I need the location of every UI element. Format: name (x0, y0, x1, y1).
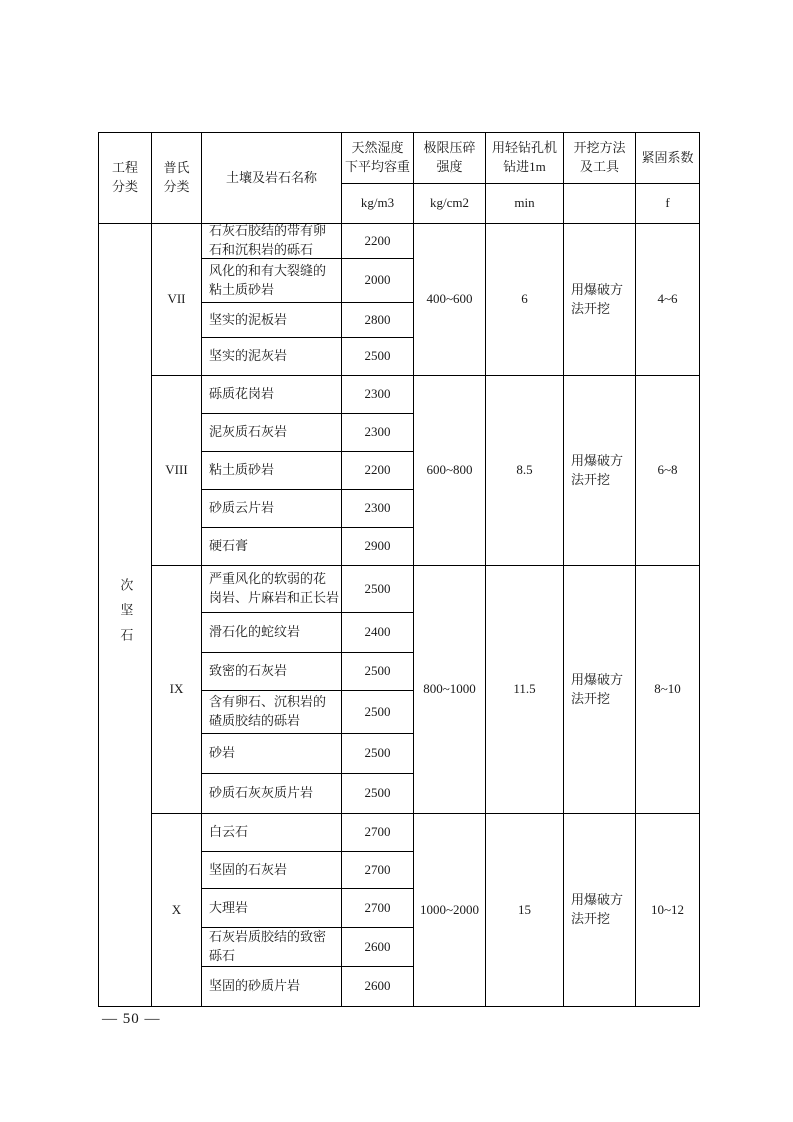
density-cell: 2300 (342, 414, 414, 452)
rock-name-cell: 砂质云片岩 (202, 490, 342, 528)
density-cell: 2300 (342, 376, 414, 414)
rock-name-cell: 石灰岩质胶结的致密 砾石 (202, 928, 342, 967)
header-crushing-strength: 极限压碎 强度 (414, 133, 486, 184)
rock-name-cell: 滑石化的蛇纹岩 (202, 613, 342, 653)
page-number: — 50 — (102, 1011, 161, 1028)
rock-name-cell: 砾质花岗岩 (202, 376, 342, 414)
density-cell: 2900 (342, 528, 414, 566)
rock-name-cell: 大理岩 (202, 889, 342, 928)
unit-drilling-1m: min (486, 184, 564, 224)
density-cell: 2500 (342, 338, 414, 376)
density-cell: 2500 (342, 691, 414, 734)
rock-name-cell: 坚实的泥灰岩 (202, 338, 342, 376)
grade-ix: IX (152, 566, 202, 814)
method-cell: 用爆破方 法开挖 (564, 376, 636, 566)
header-engineering-class: 工程 分类 (99, 133, 152, 224)
rock-name-cell: 坚实的泥板岩 (202, 303, 342, 338)
rock-name-cell: 砂质石灰灰质片岩 (202, 774, 342, 814)
unit-excavation-method (564, 184, 636, 224)
unit-crushing-strength: kg/cm2 (414, 184, 486, 224)
document-page: 工程 分类 普氏 分类 土壤及岩石名称 天然湿度 下平均容重 极限压碎 强度 用… (0, 0, 793, 1122)
density-cell: 2600 (342, 928, 414, 967)
soil-rock-classification-table: 工程 分类 普氏 分类 土壤及岩石名称 天然湿度 下平均容重 极限压碎 强度 用… (98, 132, 700, 1007)
rock-name-cell: 泥灰质石灰岩 (202, 414, 342, 452)
strength-cell: 400~600 (414, 224, 486, 376)
engineering-class-value: 次坚石 (99, 224, 152, 1006)
grade-vii: VII (152, 224, 202, 376)
rock-name-cell: 含有卵石、沉积岩的 碴质胶结的砾岩 (202, 691, 342, 734)
density-cell: 2000 (342, 259, 414, 303)
grade-x: X (152, 814, 202, 1006)
firmness-cell: 10~12 (636, 814, 699, 1006)
rock-name-cell: 粘土质砂岩 (202, 452, 342, 490)
firmness-cell: 8~10 (636, 566, 699, 814)
density-cell: 2500 (342, 653, 414, 691)
drilling-cell: 6 (486, 224, 564, 376)
unit-firmness-coefficient: f (636, 184, 699, 224)
rock-name-cell: 严重风化的软弱的花 岗岩、片麻岩和正长岩 (202, 566, 342, 613)
header-soil-rock-name: 土壤及岩石名称 (202, 133, 342, 224)
rock-name-cell: 白云石 (202, 814, 342, 852)
density-cell: 2400 (342, 613, 414, 653)
density-cell: 2800 (342, 303, 414, 338)
rock-name-cell: 坚固的砂质片岩 (202, 967, 342, 1006)
drilling-cell: 15 (486, 814, 564, 1006)
strength-cell: 800~1000 (414, 566, 486, 814)
density-cell: 2500 (342, 774, 414, 814)
grade-viii: VIII (152, 376, 202, 566)
drilling-cell: 8.5 (486, 376, 564, 566)
rock-name-cell: 硬石膏 (202, 528, 342, 566)
header-natural-density: 天然湿度 下平均容重 (342, 133, 414, 184)
density-cell: 2300 (342, 490, 414, 528)
header-protodyakonov-class: 普氏 分类 (152, 133, 202, 224)
header-excavation-method: 开挖方法 及工具 (564, 133, 636, 184)
drilling-cell: 11.5 (486, 566, 564, 814)
rock-name-cell: 坚固的石灰岩 (202, 852, 342, 889)
method-cell: 用爆破方 法开挖 (564, 224, 636, 376)
strength-cell: 600~800 (414, 376, 486, 566)
density-cell: 2500 (342, 734, 414, 774)
unit-natural-density: kg/m3 (342, 184, 414, 224)
strength-cell: 1000~2000 (414, 814, 486, 1006)
density-cell: 2200 (342, 224, 414, 259)
density-cell: 2500 (342, 566, 414, 613)
header-firmness-coefficient: 紧固系数 (636, 133, 699, 184)
rock-name-cell: 致密的石灰岩 (202, 653, 342, 691)
method-cell: 用爆破方 法开挖 (564, 814, 636, 1006)
density-cell: 2700 (342, 889, 414, 928)
rock-name-cell: 石灰石胶结的带有卵 石和沉积岩的砾石 (202, 224, 342, 259)
density-cell: 2700 (342, 814, 414, 852)
rock-name-cell: 风化的和有大裂缝的 粘土质砂岩 (202, 259, 342, 303)
rock-name-cell: 砂岩 (202, 734, 342, 774)
method-cell: 用爆破方 法开挖 (564, 566, 636, 814)
density-cell: 2200 (342, 452, 414, 490)
firmness-cell: 4~6 (636, 224, 699, 376)
firmness-cell: 6~8 (636, 376, 699, 566)
density-cell: 2600 (342, 967, 414, 1006)
header-drilling-1m: 用轻钻孔机 钻进1m (486, 133, 564, 184)
density-cell: 2700 (342, 852, 414, 889)
